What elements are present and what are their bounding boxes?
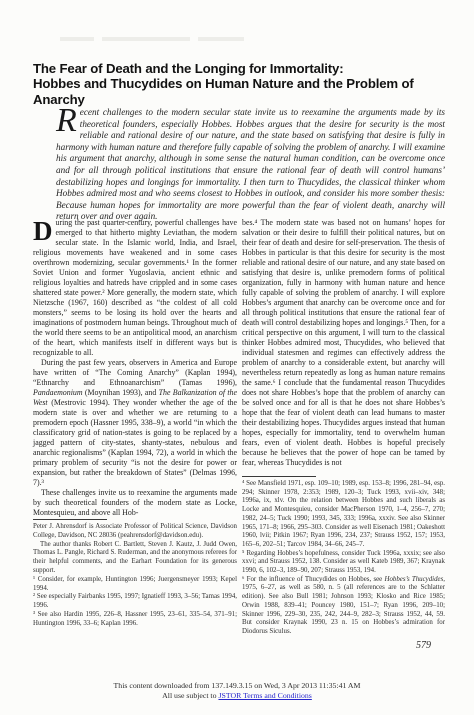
left-footnote-block: Peter J. Ahrensdorf is Associate Profess… [33,519,237,629]
footnote-3: ³ See also Hardin 1995, 226–8, Hassner 1… [33,611,237,629]
footnote-6-text: 1975, 6–27, as well as 580, n. 5 (all re… [242,584,445,635]
abstract-text: ecent challenges to the modern secular s… [56,107,445,221]
terms-notice-prefix: All use subject to [162,691,218,700]
article-title-line1: The Fear of Death and the Longing for Im… [33,61,445,76]
faded-journal-header [60,37,252,42]
jstor-footer: This content downloaded from 137.149.3.1… [0,681,474,701]
body-drop-cap: D [33,218,56,243]
journal-page: The Fear of Death and the Longing for Im… [0,0,474,715]
left-paragraph-2: During the past few years, observers in … [33,358,237,488]
footnote-separator [242,476,316,477]
article-title: The Fear of Death and the Longing for Im… [33,61,445,107]
page-number: 579 [416,640,431,651]
faded-header-mark [102,37,190,41]
author-affiliation-note: Peter J. Ahrensdorf is Associate Profess… [33,523,237,541]
article-title-line2: Hobbes and Thucydides on Human Nature an… [33,76,445,107]
author-thanks-note: The author thanks Robert C. Bartlett, St… [33,541,237,576]
left-paragraph-1-text: uring the past quarter-century, powerful… [33,218,237,357]
book-title-pandaemonium: Pandaemonium [33,388,83,397]
footnote-4: ⁴ See Mansfield 1971, esp. 109–10; 1989,… [242,480,445,550]
footnote-1: ¹ Consider, for example, Huntington 1996… [33,576,237,594]
terms-notice: All use subject to JSTOR Terms and Condi… [0,691,474,701]
book-title-hobbes-thucydides: Hobbes’s Thucydides, [384,576,445,583]
footnote-separator [33,519,107,520]
body-right-column: bes.⁴ The modern state was based not on … [242,218,445,468]
footnote-5: ⁵ Regarding Hobbes’s hopefulness, consid… [242,550,445,576]
body-left-column: During the past quarter-century, powerfu… [33,218,237,518]
right-paragraph-1: bes.⁴ The modern state was based not on … [242,218,445,468]
download-notice: This content downloaded from 137.149.3.1… [0,681,474,691]
left-paragraph-2-text: (Moynihan 1993), and [83,388,159,397]
left-paragraph-3: These challenges invite us to reexamine … [33,488,237,518]
jstor-terms-link[interactable]: JSTOR Terms and Conditions [218,691,311,700]
left-paragraph-1: During the past quarter-century, powerfu… [33,218,237,358]
faded-header-mark [198,37,244,41]
left-paragraph-2-text: (Mestrovic 1994). They wonder whether th… [33,398,237,487]
footnote-2: ² See especially Fairbanks 1995, 1997; I… [33,593,237,611]
right-footnote-block: ⁴ See Mansfield 1971, esp. 109–10; 1989,… [242,476,445,637]
faded-header-mark [60,37,94,41]
footnote-6-text: ⁶ For the influence of Thucydides on Hob… [242,576,384,583]
abstract-drop-cap: R [56,107,80,134]
abstract: Recent challenges to the modern secular … [56,107,445,223]
footnote-6: ⁶ For the influence of Thucydides on Hob… [242,576,445,637]
left-paragraph-2-text: During the past few years, observers in … [33,358,237,387]
